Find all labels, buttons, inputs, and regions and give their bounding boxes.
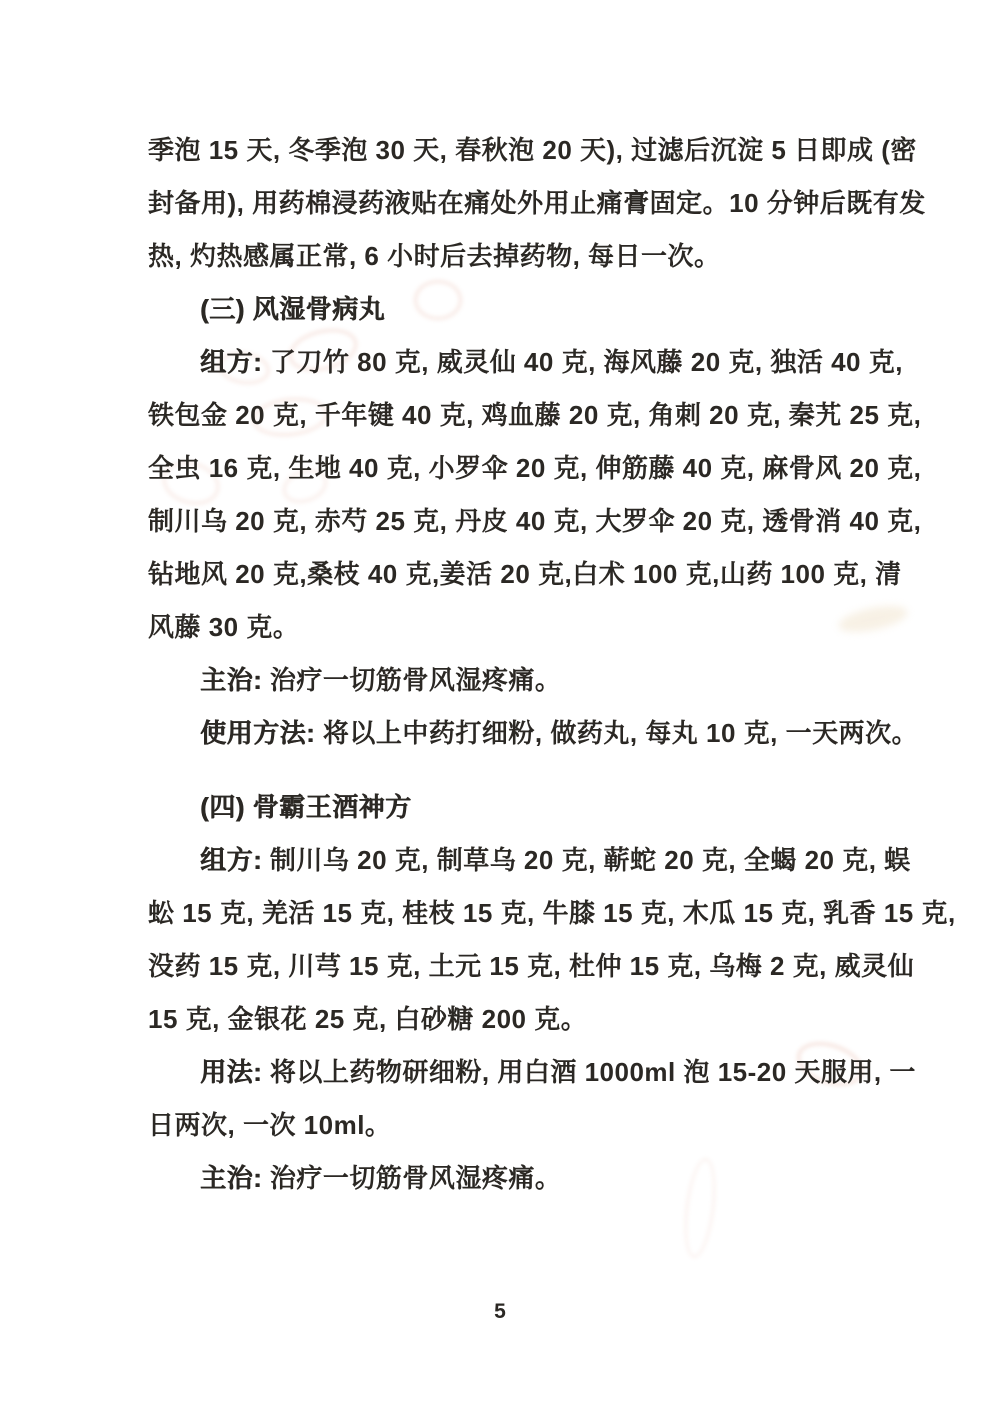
text-line: (三) 风湿骨病丸	[148, 283, 860, 336]
paragraph: 用法: 将以上药物研细粉, 用白酒 1000ml 泡 15-20 天服用, 一日…	[148, 1046, 860, 1152]
text-line: 钻地风 20 克,桑枝 40 克,姜活 20 克,白术 100 克,山药 100…	[148, 548, 860, 601]
paragraph: 主治: 治疗一切筋骨风湿疼痛。	[148, 1152, 860, 1205]
section-heading: (四) 骨霸王酒神方	[148, 781, 860, 834]
document-body: 季泡 15 天, 冬季泡 30 天, 春秋泡 20 天), 过滤后沉淀 5 日即…	[148, 124, 860, 1205]
scanned-document-page: 季泡 15 天, 冬季泡 30 天, 春秋泡 20 天), 过滤后沉淀 5 日即…	[0, 0, 1000, 1414]
text-line: 热, 灼热感属正常, 6 小时后去掉药物, 每日一次。	[148, 230, 860, 283]
section-heading: (三) 风湿骨病丸	[148, 283, 860, 336]
field-label: 使用方法:	[200, 718, 315, 748]
text-line: 蚣 15 克, 羌活 15 克, 桂枝 15 克, 牛膝 15 克, 木瓜 15…	[148, 887, 860, 940]
text-line: 风藤 30 克。	[148, 601, 860, 654]
paragraph: 组方: 制川乌 20 克, 制草乌 20 克, 蕲蛇 20 克, 全蝎 20 克…	[148, 834, 860, 1046]
field-label: 主治:	[200, 1163, 262, 1193]
field-label: 主治:	[200, 665, 262, 695]
field-label: 用法:	[200, 1057, 262, 1087]
paragraph: 主治: 治疗一切筋骨风湿疼痛。	[148, 654, 860, 707]
text-line: (四) 骨霸王酒神方	[148, 781, 860, 834]
text-line: 季泡 15 天, 冬季泡 30 天, 春秋泡 20 天), 过滤后沉淀 5 日即…	[148, 124, 860, 177]
text-line: 全虫 16 克, 生地 40 克, 小罗伞 20 克, 伸筋藤 40 克, 麻骨…	[148, 442, 860, 495]
text-line: 主治: 治疗一切筋骨风湿疼痛。	[148, 654, 860, 707]
text-line: 铁包金 20 克, 千年键 40 克, 鸡血藤 20 克, 角刺 20 克, 秦…	[148, 389, 860, 442]
field-label: 组方:	[200, 845, 262, 875]
text-line: 制川乌 20 克, 赤芍 25 克, 丹皮 40 克, 大罗伞 20 克, 透骨…	[148, 495, 860, 548]
paragraph: 季泡 15 天, 冬季泡 30 天, 春秋泡 20 天), 过滤后沉淀 5 日即…	[148, 124, 860, 283]
text-line: 15 克, 金银花 25 克, 白砂糖 200 克。	[148, 993, 860, 1046]
text-line: 封备用), 用药棉浸药液贴在痛处外用止痛膏固定。10 分钟后既有发	[148, 177, 860, 230]
text-line: 没药 15 克, 川芎 15 克, 土元 15 克, 杜仲 15 克, 乌梅 2…	[148, 940, 860, 993]
text-line: 用法: 将以上药物研细粉, 用白酒 1000ml 泡 15-20 天服用, 一	[148, 1046, 860, 1099]
text-line: 组方: 制川乌 20 克, 制草乌 20 克, 蕲蛇 20 克, 全蝎 20 克…	[148, 834, 860, 887]
paragraph: 组方: 了刀竹 80 克, 威灵仙 40 克, 海风藤 20 克, 独活 40 …	[148, 336, 860, 654]
field-label: 组方:	[200, 347, 262, 377]
text-line: 主治: 治疗一切筋骨风湿疼痛。	[148, 1152, 860, 1205]
text-line: 使用方法: 将以上中药打细粉, 做药丸, 每丸 10 克, 一天两次。	[148, 707, 860, 760]
text-line: 日两次, 一次 10ml。	[148, 1099, 860, 1152]
paragraph: 使用方法: 将以上中药打细粉, 做药丸, 每丸 10 克, 一天两次。	[148, 707, 860, 760]
page-number: 5	[0, 1297, 1000, 1327]
text-line: 组方: 了刀竹 80 克, 威灵仙 40 克, 海风藤 20 克, 独活 40 …	[148, 336, 860, 389]
